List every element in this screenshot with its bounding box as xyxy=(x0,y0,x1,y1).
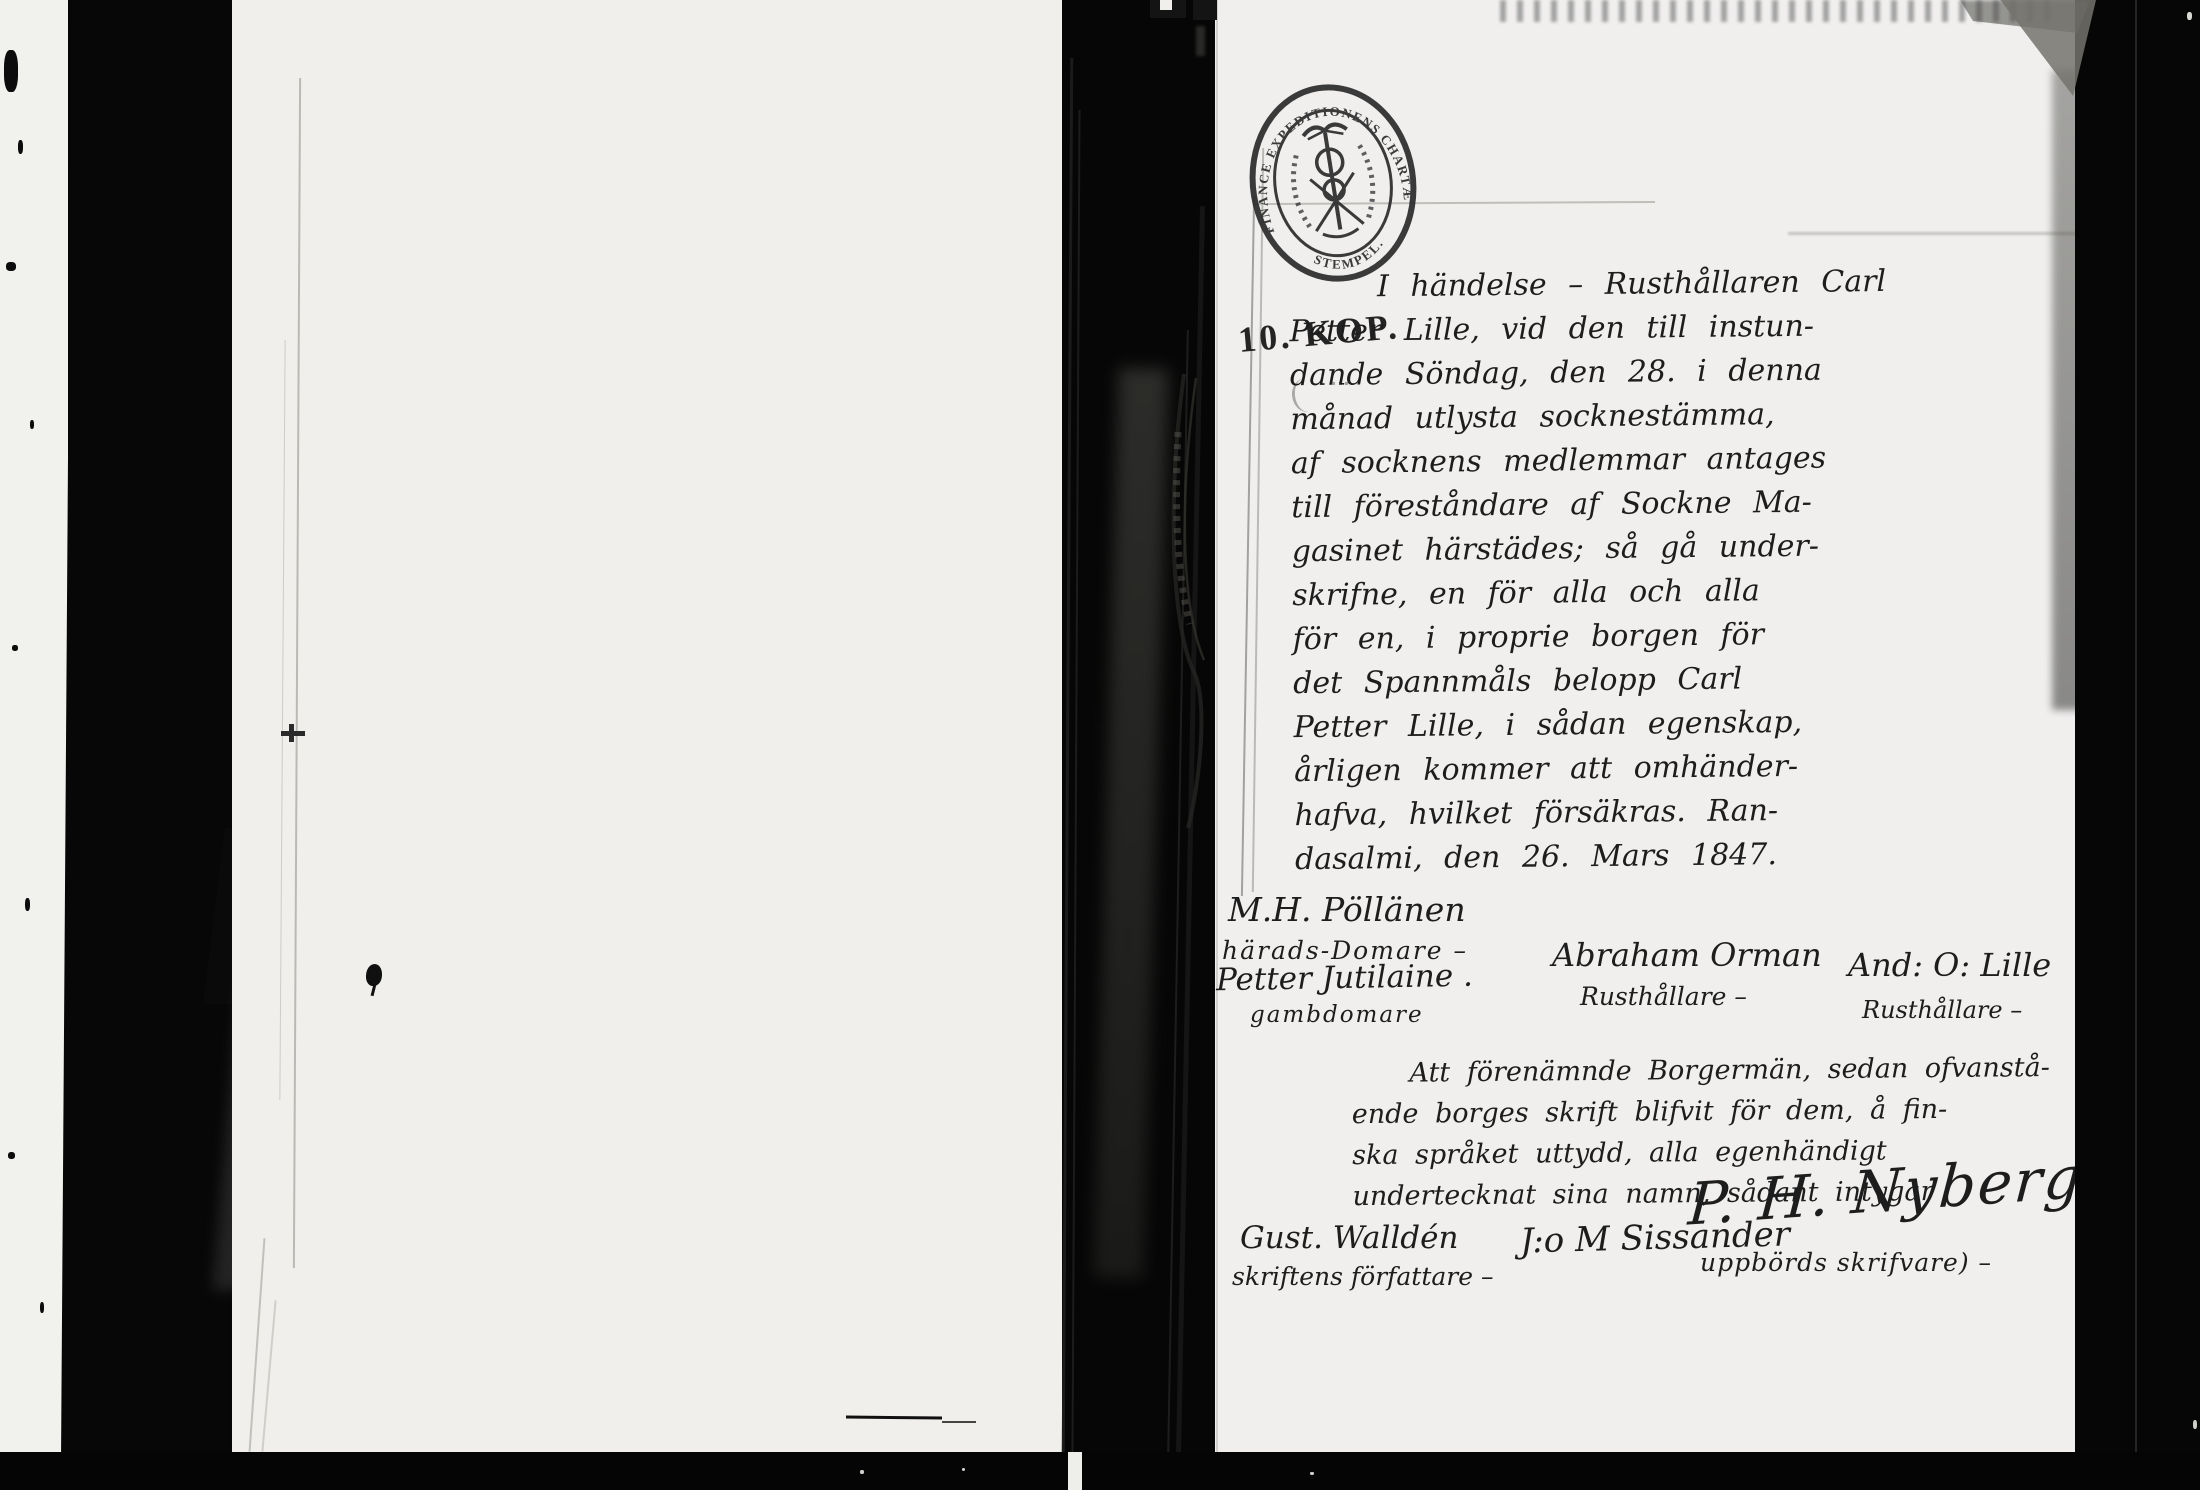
scan-smudge xyxy=(1196,26,1205,56)
film-edge-left xyxy=(0,0,68,1490)
ink-blot xyxy=(366,964,382,986)
gutter-gap xyxy=(1068,1452,1082,1490)
film-edge-bottom xyxy=(0,1452,2200,1490)
caduceus-icon xyxy=(1285,120,1380,242)
attestation-line: Att förenämnde Borgermän, sedan ofvanstå… xyxy=(1351,1047,2071,1094)
film-speck xyxy=(860,1470,864,1474)
film-speck xyxy=(8,1152,15,1159)
ink-mark xyxy=(289,724,294,742)
signature-pollanen: M.H. Pöllänen xyxy=(1228,890,1466,929)
film-speck xyxy=(2193,1420,2197,1429)
gutter-line xyxy=(1071,110,1080,1454)
film-speck xyxy=(2187,12,2192,20)
page-edge-line xyxy=(1216,0,1218,1452)
film-speck xyxy=(12,645,18,651)
film-edge-right xyxy=(2075,0,2200,1490)
gutter-line xyxy=(1062,58,1074,1454)
scan-smudge xyxy=(1788,232,2080,235)
signature-sissander: J:o M Sissander xyxy=(1520,1214,1791,1261)
film-scratch xyxy=(942,1421,976,1423)
book-cradle-bar xyxy=(61,0,237,1490)
film-speck xyxy=(18,140,23,154)
attestation-line: ende borges skrift blifvit för dem, å fi… xyxy=(1352,1088,2072,1135)
film-speck xyxy=(6,262,16,271)
film-speck xyxy=(25,898,30,911)
film-speck xyxy=(4,50,18,92)
cropped-print-fragment xyxy=(1193,0,1217,20)
signature-wallden: Gust. Walldén xyxy=(1240,1220,1458,1256)
film-speck xyxy=(30,420,34,429)
film-speck xyxy=(1310,1472,1314,1475)
archival-scan-frame: FINANCE EXPEDITIONENS CHARTÆ STEMPEL. 10… xyxy=(0,0,2200,1490)
signature-lille: And: O: Lille xyxy=(1848,946,2051,984)
film-speck xyxy=(40,1302,44,1313)
film-scratch xyxy=(2135,0,2137,1490)
signature-orman-title: Rusthållare – xyxy=(1580,982,1747,1011)
signature-lille-title: Rusthållare – xyxy=(1862,996,2022,1024)
signature-jutilaine-title: gambdomare xyxy=(1250,1002,1424,1028)
signature-wallden-title: skriftens författare – xyxy=(1232,1262,1494,1291)
film-speck xyxy=(962,1468,965,1471)
handwritten-body: I händelse – Rusthållaren Carl Petter Li… xyxy=(1289,258,2095,882)
body-line: dasalmi, den 26. Mars 1847. xyxy=(1295,830,2095,882)
signature-jutilaine: Petter Jutilaine . xyxy=(1216,958,1473,998)
cropped-print-fragment xyxy=(1160,0,1172,10)
signature-orman: Abraham Orman xyxy=(1552,936,1822,974)
revenue-stamp-seal: FINANCE EXPEDITIONENS CHARTÆ STEMPEL. xyxy=(1230,68,1436,299)
left-blank-page xyxy=(232,0,1062,1490)
